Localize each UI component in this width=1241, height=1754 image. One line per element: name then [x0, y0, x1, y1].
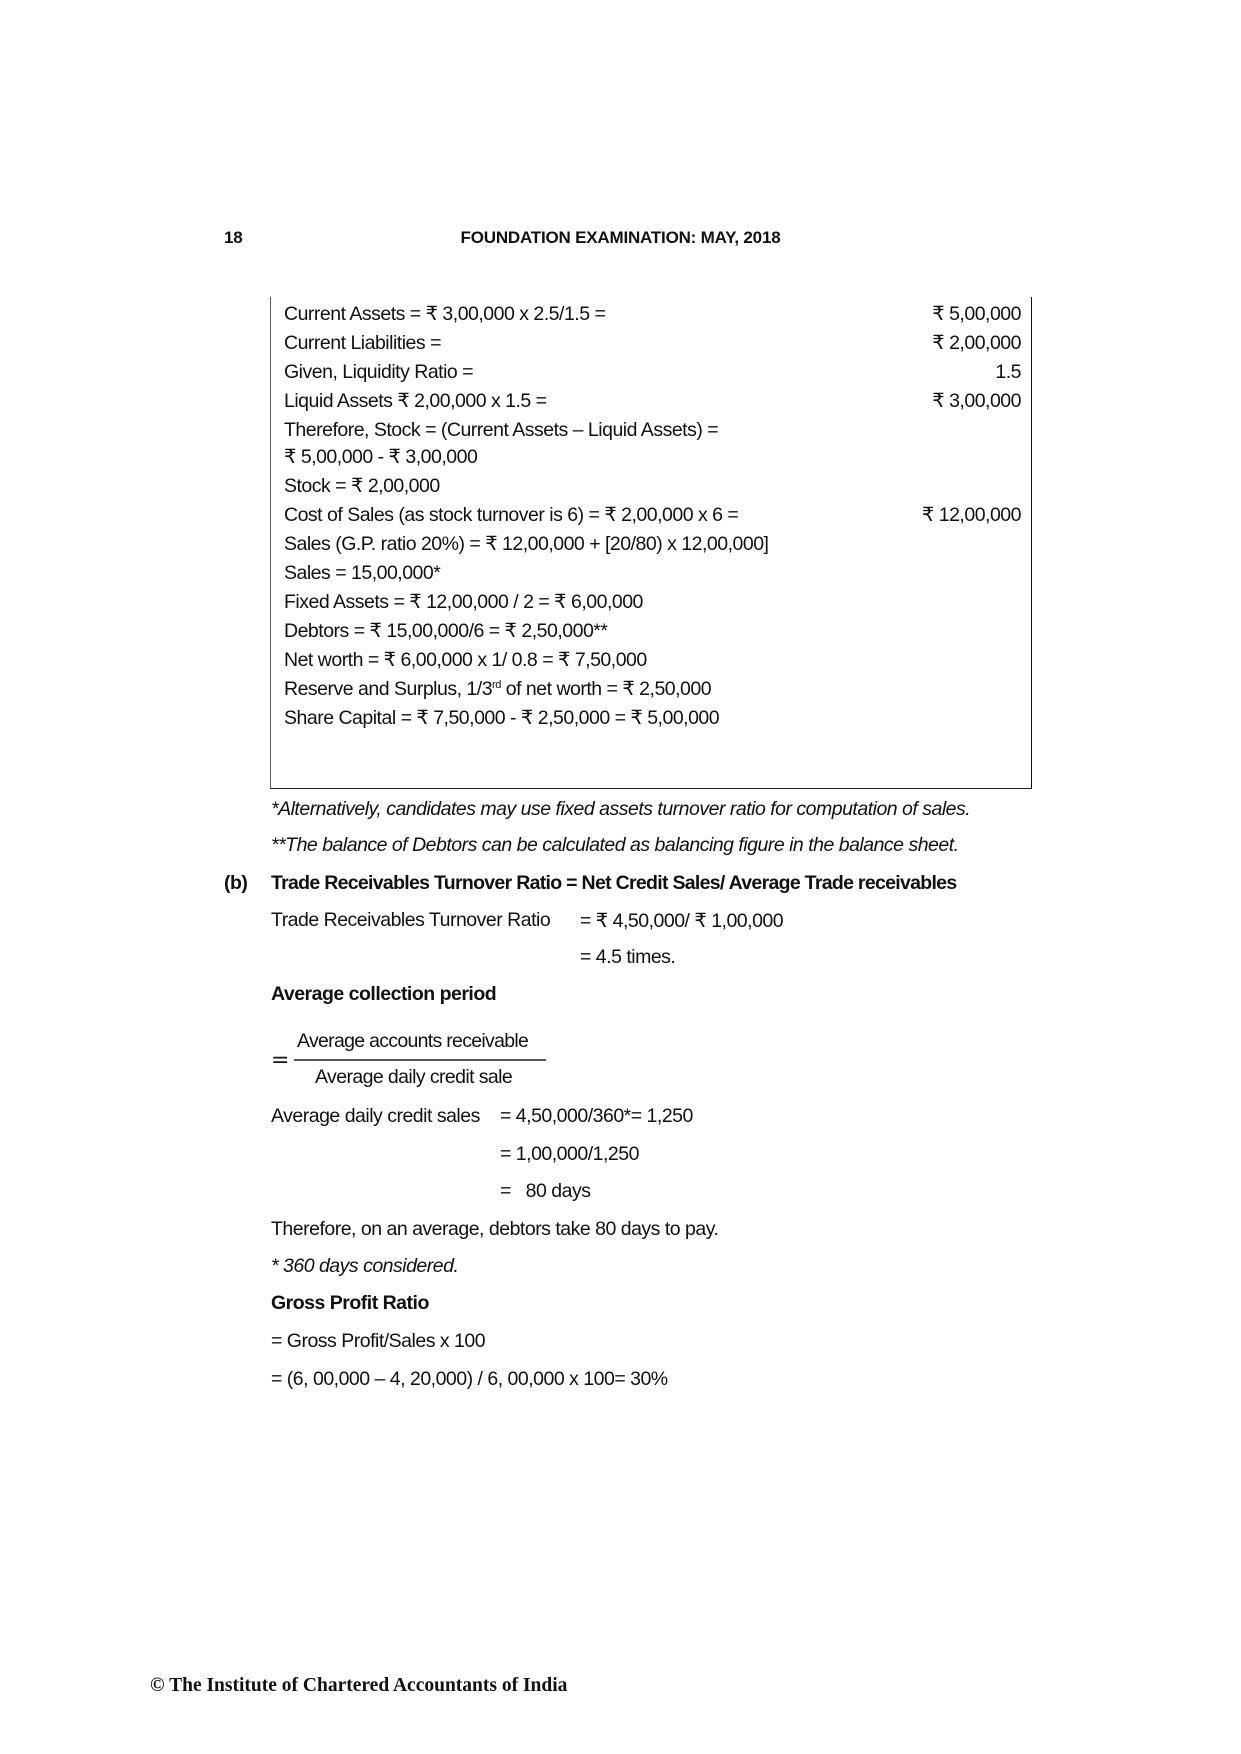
page-title: FOUNDATION EXAMINATION: MAY, 2018: [0, 228, 1241, 248]
conclusion: Therefore, on an average, debtors take 8…: [271, 1218, 718, 1241]
footnote-debtors: **The balance of Debtors can be calculat…: [271, 834, 959, 857]
row-label: ₹ 5,00,000 - ₹ 3,00,000: [284, 444, 477, 470]
row-label: Fixed Assets = ₹ 12,00,000 / 2 = ₹ 6,00,…: [284, 589, 643, 615]
acp-heading: Average collection period: [271, 983, 496, 1006]
row-label: Liquid Assets ₹ 2,00,000 x 1.5 =: [284, 388, 547, 414]
adcs-line-2: = 1,00,000/1,250: [500, 1143, 639, 1166]
row-label: Share Capital = ₹ 7,50,000 - ₹ 2,50,000 …: [284, 705, 719, 731]
row-label: Current Assets = ₹ 3,00,000 x 2.5/1.5 =: [284, 301, 605, 327]
row-label: Sales = 15,00,000*: [284, 560, 440, 586]
adcs-line-1: = 4,50,000/360*= 1,250: [500, 1105, 693, 1128]
ratio-label: Trade Receivables Turnover Ratio: [271, 909, 550, 932]
table-row: Current Assets = ₹ 3,00,000 x 2.5/1.5 = …: [284, 301, 1021, 327]
table-row: Liquid Assets ₹ 2,00,000 x 1.5 = ₹ 3,00,…: [284, 388, 1021, 414]
table-row: Fixed Assets = ₹ 12,00,000 / 2 = ₹ 6,00,…: [284, 589, 1021, 615]
table-row: Sales (G.P. ratio 20%) = ₹ 12,00,000 + […: [284, 531, 1021, 557]
table-row: Given, Liquidity Ratio = 1.5: [284, 359, 1021, 385]
gp-line-1: = Gross Profit/Sales x 100: [271, 1330, 485, 1353]
table-row: Share Capital = ₹ 7,50,000 - ₹ 2,50,000 …: [284, 705, 1021, 731]
formula-denominator: Average daily credit sale: [315, 1066, 512, 1089]
table-row: Cost of Sales (as stock turnover is 6) =…: [284, 502, 1021, 528]
ratio-line-2: = 4.5 times.: [580, 946, 675, 969]
row-label: Net worth = ₹ 6,00,000 x 1/ 0.8 = ₹ 7,50…: [284, 647, 647, 673]
table-row: Reserve and Surplus, 1/3rd of net worth …: [284, 676, 1021, 702]
gp-heading: Gross Profit Ratio: [271, 1292, 429, 1315]
table-row: Sales = 15,00,000*: [284, 560, 1021, 586]
table-row: Net worth = ₹ 6,00,000 x 1/ 0.8 = ₹ 7,50…: [284, 647, 1021, 673]
row-label: Sales (G.P. ratio 20%) = ₹ 12,00,000 + […: [284, 531, 768, 557]
row-value: ₹ 2,00,000: [932, 330, 1021, 356]
row-value: ₹ 3,00,000: [932, 388, 1021, 414]
table-row: Therefore, Stock = (Current Assets – Liq…: [284, 417, 1021, 443]
section-heading: Trade Receivables Turnover Ratio = Net C…: [271, 872, 956, 895]
row-value: ₹ 5,00,000: [932, 301, 1021, 327]
formula-numerator: Average accounts receivable: [297, 1030, 528, 1053]
table-row: Current Liabilities = ₹ 2,00,000: [284, 330, 1021, 356]
row-label: Cost of Sales (as stock turnover is 6) =…: [284, 502, 738, 528]
row-value: 1.5: [995, 359, 1021, 385]
row-label: Debtors = ₹ 15,00,000/6 = ₹ 2,50,000**: [284, 618, 607, 644]
table-row: Stock = ₹ 2,00,000: [284, 473, 1021, 499]
ratio-line-1: = ₹ 4,50,000/ ₹ 1,00,000: [580, 909, 783, 933]
days-note: * 360 days considered.: [271, 1255, 458, 1278]
adcs-line-3: = 80 days: [500, 1180, 590, 1203]
fraction-bar: [294, 1059, 546, 1061]
row-value: ₹ 12,00,000: [922, 502, 1021, 528]
gp-line-2: = (6, 00,000 – 4, 20,000) / 6, 00,000 x …: [271, 1368, 668, 1391]
table-row: ₹ 5,00,000 - ₹ 3,00,000: [284, 444, 1021, 470]
acp-formula: = Average accounts receivable Average da…: [271, 1030, 541, 1100]
part-marker: (b): [224, 872, 247, 895]
adcs-label: Average daily credit sales: [271, 1105, 480, 1128]
row-label: Reserve and Surplus, 1/3rd of net worth …: [284, 676, 711, 702]
copyright-footer: © The Institute of Chartered Accountants…: [150, 1675, 567, 1697]
row-label: Given, Liquidity Ratio =: [284, 359, 473, 385]
calculation-table: Current Assets = ₹ 3,00,000 x 2.5/1.5 = …: [270, 297, 1032, 789]
row-label: Therefore, Stock = (Current Assets – Liq…: [284, 417, 718, 443]
equals-sign: =: [271, 1048, 289, 1073]
row-label: Stock = ₹ 2,00,000: [284, 473, 440, 499]
row-label: Current Liabilities =: [284, 330, 441, 356]
footnote-sales: *Alternatively, candidates may use fixed…: [271, 798, 970, 821]
table-row: Debtors = ₹ 15,00,000/6 = ₹ 2,50,000**: [284, 618, 1021, 644]
